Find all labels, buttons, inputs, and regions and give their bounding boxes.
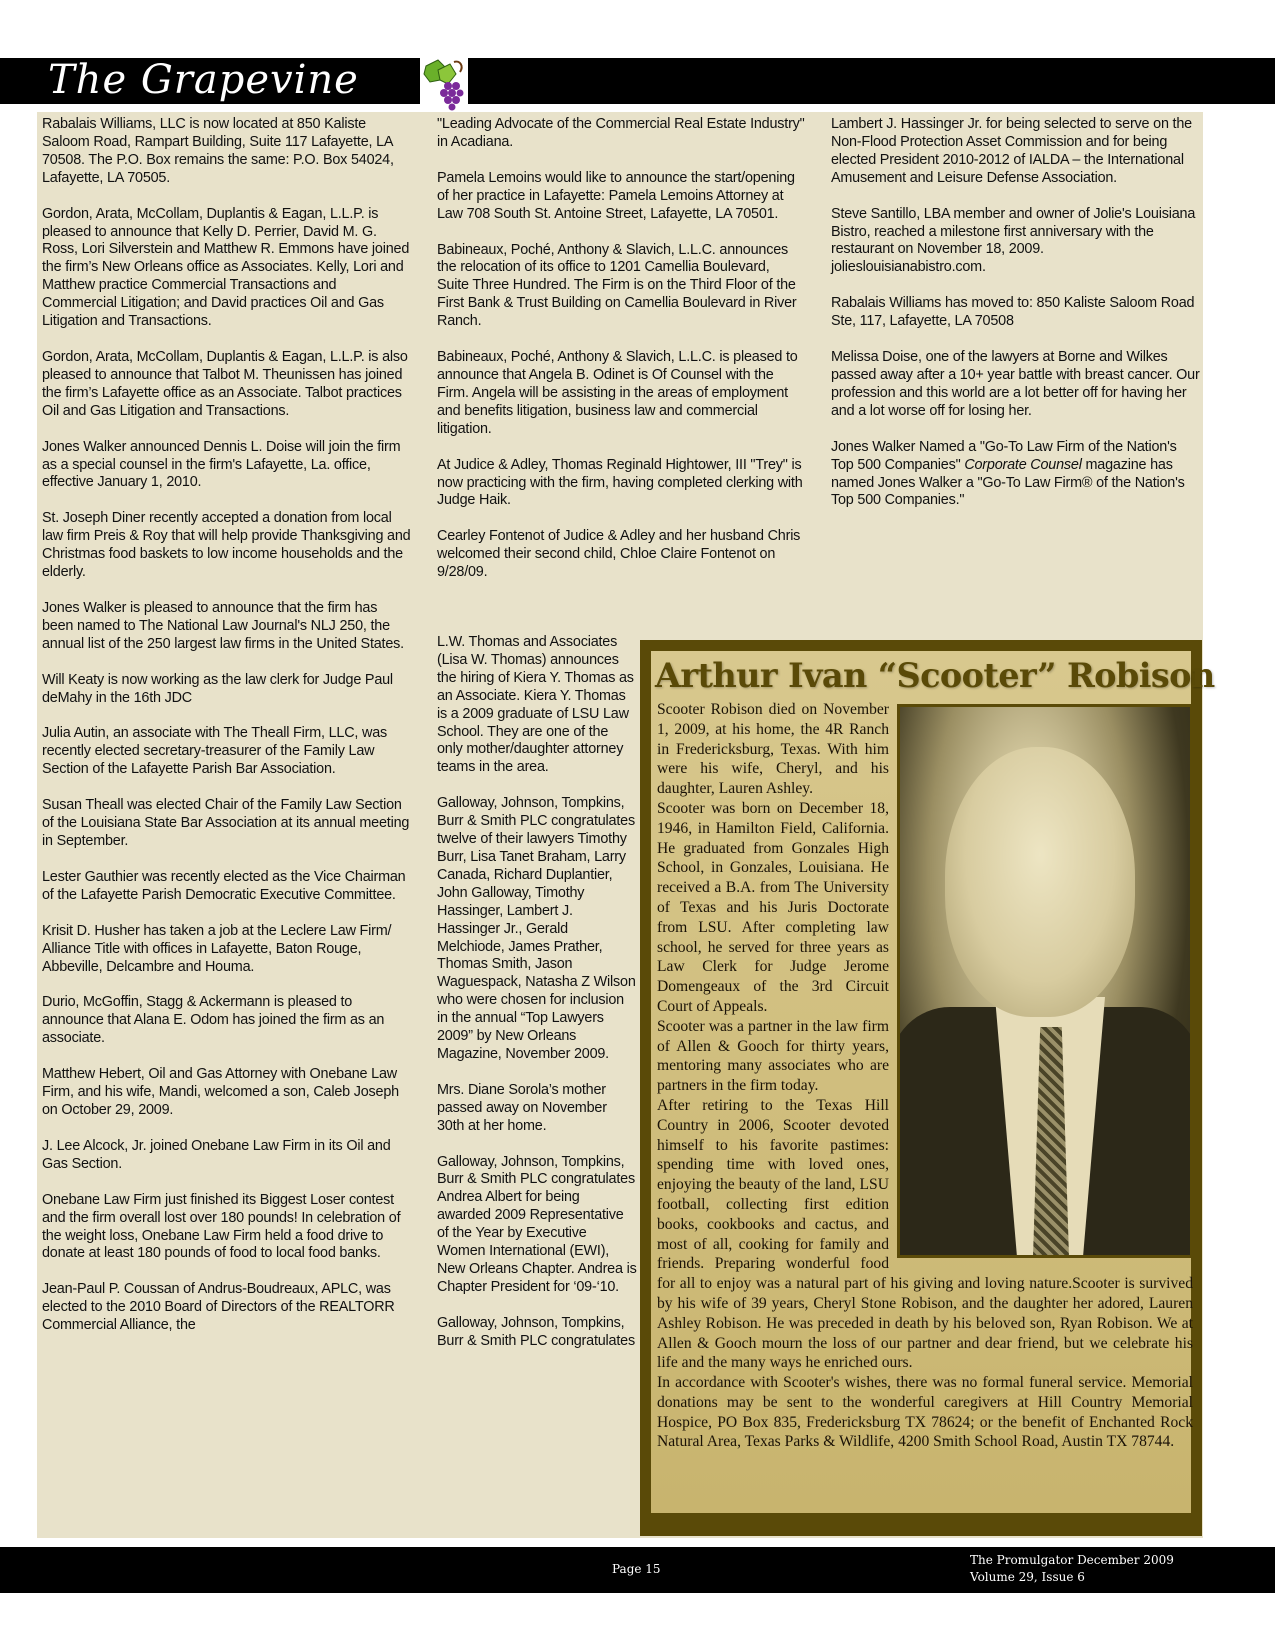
- news-item: Onebane Law Firm just finished its Bigge…: [42, 1192, 412, 1264]
- news-item: At Judice & Adley, Thomas Reginald Hight…: [437, 457, 805, 511]
- news-column-3: Lambert J. Hassinger Jr. for being selec…: [831, 116, 1201, 528]
- news-item: Jones Walker Named a "Go-To Law Firm of …: [831, 439, 1201, 511]
- news-item: "Leading Advocate of the Commercial Real…: [437, 116, 805, 152]
- volume-issue: Volume 29, Issue 6: [970, 1569, 1174, 1586]
- news-item: Melissa Doise, one of the lawyers at Bor…: [831, 349, 1201, 421]
- news-column-2-narrow: L.W. Thomas and Associates (Lisa W. Thom…: [437, 634, 637, 1369]
- news-column-2: "Leading Advocate of the Commercial Real…: [437, 116, 805, 600]
- news-item: Gordon, Arata, McCollam, Duplantis & Eag…: [42, 349, 412, 421]
- news-item: Babineaux, Poché, Anthony & Slavich, L.L…: [437, 242, 805, 332]
- news-item: Rabalais Williams has moved to: 850 Kali…: [831, 295, 1201, 331]
- news-item: St. Joseph Diner recently accepted a don…: [42, 510, 412, 582]
- news-item: Will Keaty is now working as the law cle…: [42, 672, 412, 708]
- news-item: Babineaux, Poché, Anthony & Slavich, L.L…: [437, 349, 805, 439]
- news-item: Julia Autin, an associate with The Theal…: [42, 725, 412, 779]
- section-title: The Grapevine: [48, 56, 359, 104]
- news-item: Cearley Fontenot of Judice & Adley and h…: [437, 528, 805, 582]
- page-number: Page 15: [612, 1562, 661, 1576]
- news-item: Jean-Paul P. Coussan of Andrus-Boudreaux…: [42, 1281, 412, 1335]
- news-item: Galloway, Johnson, Tompkins, Burr & Smit…: [437, 1154, 637, 1297]
- news-item: Krisit D. Husher has taken a job at the …: [42, 923, 412, 977]
- news-item: Rabalais Williams, LLC is now located at…: [42, 116, 412, 188]
- magazine-name: Corporate Counsel: [964, 457, 1081, 473]
- news-item: Galloway, Johnson, Tompkins, Burr & Smit…: [437, 1315, 637, 1351]
- news-item: Lambert J. Hassinger Jr. for being selec…: [831, 116, 1201, 188]
- photo-face: [945, 747, 1135, 1017]
- obituary-title: Arthur Ivan “Scooter” Robison: [655, 656, 1215, 695]
- news-item: Galloway, Johnson, Tompkins, Burr & Smit…: [437, 795, 637, 1064]
- news-item: Gordon, Arata, McCollam, Duplantis & Eag…: [42, 206, 412, 331]
- news-item: L.W. Thomas and Associates (Lisa W. Thom…: [437, 634, 637, 777]
- news-item: Jones Walker announced Dennis L. Doise w…: [42, 439, 412, 493]
- grape-vine-icon: [420, 56, 468, 112]
- obituary-body: Scooter Robison died on November 1, 2009…: [657, 700, 1193, 1452]
- obituary-paragraph: In accordance with Scooter's wishes, the…: [657, 1373, 1193, 1452]
- news-column-1: Rabalais Williams, LLC is now located at…: [42, 116, 412, 1353]
- news-item: Pamela Lemoins would like to announce th…: [437, 170, 805, 224]
- news-item: Mrs. Diane Sorola’s mother passed away o…: [437, 1082, 637, 1136]
- publication-info: The Promulgator December 2009 Volume 29,…: [970, 1552, 1174, 1586]
- news-item: Durio, McGoffin, Stagg & Ackermann is pl…: [42, 994, 412, 1048]
- news-item: Matthew Hebert, Oil and Gas Attorney wit…: [42, 1066, 412, 1120]
- publication-name: The Promulgator December 2009: [970, 1552, 1174, 1569]
- news-item: Steve Santillo, LBA member and owner of …: [831, 206, 1201, 278]
- news-item: Jones Walker is pleased to announce that…: [42, 600, 412, 654]
- news-item: J. Lee Alcock, Jr. joined Onebane Law Fi…: [42, 1138, 412, 1174]
- news-item: Lester Gauthier was recently elected as …: [42, 869, 412, 905]
- news-item: Susan Theall was elected Chair of the Fa…: [42, 797, 412, 851]
- portrait-photo: [897, 704, 1193, 1258]
